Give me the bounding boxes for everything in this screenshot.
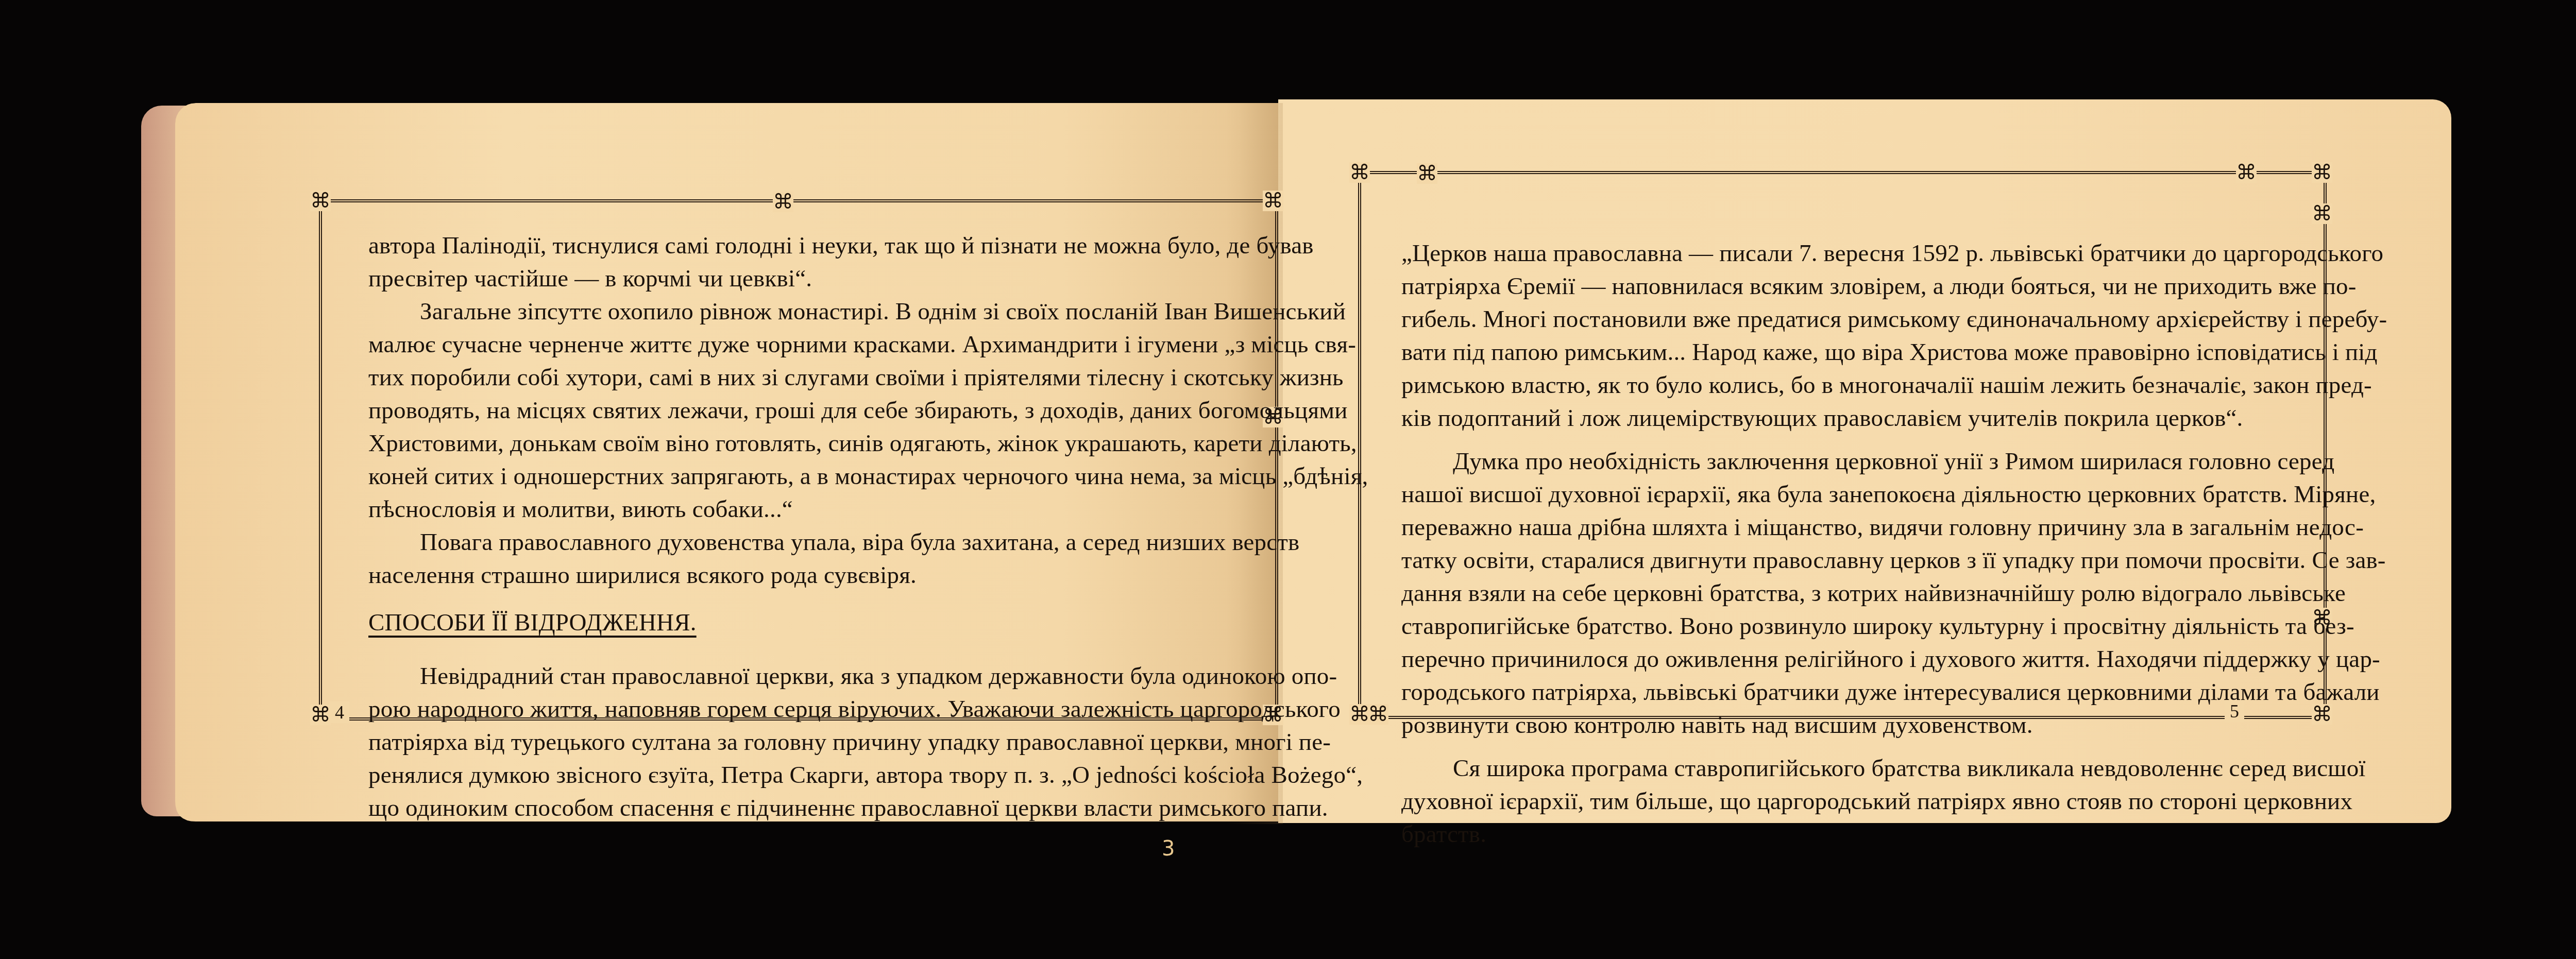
text-line: римською властю, як то було колись, бо в… (1401, 369, 2282, 402)
text-line: вати під папою римським... Народ каже, щ… (1401, 336, 2282, 369)
knot-ornament-icon: ⌘ (1263, 191, 1283, 211)
text-line: пѣснословія и молитви, виють собаки...“ (368, 493, 1265, 526)
knot-ornament-icon: ⌘ (2312, 704, 2332, 725)
text-line: проводять, на місцях святих лежачи, грош… (368, 394, 1265, 427)
knot-ornament-icon: ⌘ (2236, 162, 2257, 183)
text-line: Повага православного духовенства упала, … (368, 526, 1265, 559)
text-line: Невідрадний стан православної церкви, як… (368, 660, 1265, 693)
text-line: перечно причинилося до оживлення релігій… (1401, 643, 2282, 676)
section-heading: СПОСОБИ ЇЇ ВІДРОДЖЕННЯ. (368, 606, 1265, 639)
text-line: розвинути свою контролю навіть над висши… (1401, 709, 2282, 742)
text-line: патріярха Єремії — наповнилася всяким зл… (1401, 270, 2282, 303)
pencil-mark: 3 (1162, 837, 1175, 861)
text-line: що одиноким способом спасення є підчинен… (368, 792, 1265, 825)
text-line: рою народного життя, наповняв горем серц… (368, 693, 1265, 726)
knot-ornament-icon: ⌘ (310, 191, 331, 211)
text-line: ренялися думкою звісного єзуїта, Петра С… (368, 759, 1265, 792)
text-line: тих поробили собі хутори, самі в них зі … (368, 361, 1265, 394)
knot-ornament-icon: ⌘ (2312, 203, 2332, 224)
text-line: Думка про необхідність заключення церков… (1401, 445, 2282, 478)
left-page-text: автора Палінодії, тиснулися самі голодні… (368, 229, 1265, 825)
knot-ornament-icon: ⌘ (310, 705, 331, 725)
right-page-text: „Церков наша православна — писали 7. вер… (1401, 237, 2282, 851)
knot-ornament-icon: ⌘ (1349, 704, 1370, 725)
text-line: переважно наша дрібна шляхта і міщанство… (1401, 511, 2282, 544)
text-line: пресвітер частійше — в корчмі чи цевкві“… (368, 262, 1265, 295)
text-line: дання взяли на себе церковні братства, з… (1401, 577, 2282, 610)
text-line: гибель. Многі постановили вже предатися … (1401, 303, 2282, 336)
text-line: духовної ієрархії, тим більше, що царгор… (1401, 785, 2282, 818)
text-line: Христовими, донькам своїм віно готовлять… (368, 427, 1265, 460)
text-line: малює сучасне черненче життє дуже чорним… (368, 328, 1265, 361)
knot-ornament-icon: ⌘ (773, 192, 793, 212)
page-number-left: 4 (330, 701, 349, 723)
text-line: патріярха від турецького султана за голо… (368, 726, 1265, 759)
text-line: татку освіти, старалися двигнути правосл… (1401, 544, 2282, 577)
knot-ornament-icon: ⌘ (2312, 162, 2332, 183)
text-line: Ся широка програма ставропигійського бра… (1401, 752, 2282, 785)
text-line: населення страшно ширилися всякого рода … (368, 559, 1265, 592)
text-line: коней ситих і одношерстних запрягають, а… (368, 460, 1265, 493)
text-line: братств. (1401, 818, 2282, 851)
text-line: „Церков наша православна — писали 7. вер… (1401, 237, 2282, 270)
knot-ornament-icon: ⌘ (1417, 163, 1437, 184)
text-line: ставропигійське братство. Воно розвинуло… (1401, 610, 2282, 643)
text-line: Загальне зіпсуттє охопило рівнож монасти… (368, 295, 1265, 328)
text-line: нашої висшої духовної ієрархії, яка була… (1401, 478, 2282, 511)
text-line: городського патріярха, львівські братчик… (1401, 676, 2282, 709)
knot-ornament-icon: ⌘ (1368, 704, 1388, 725)
knot-ornament-icon: ⌘ (1349, 162, 1370, 183)
text-line: автора Палінодії, тиснулися самі голодні… (368, 229, 1265, 262)
text-line: ків подоптаний і лож лицемірствующих пра… (1401, 402, 2282, 435)
